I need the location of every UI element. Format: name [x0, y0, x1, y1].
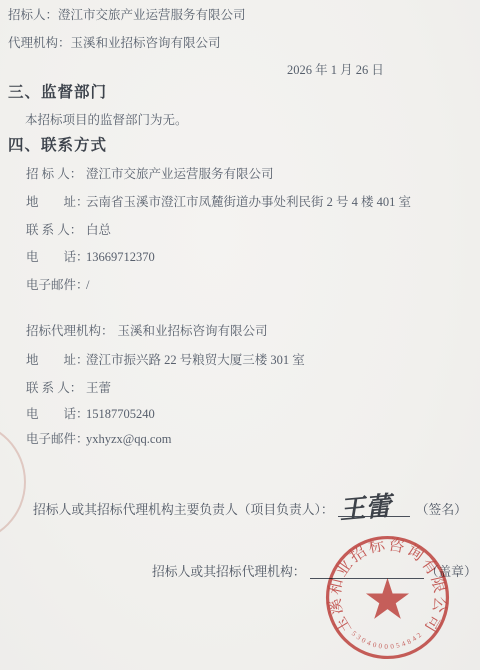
- row-label: 联 系 人：: [26, 223, 86, 237]
- row-value: /: [86, 278, 89, 292]
- svg-text:5304000054842: 5304000054842: [350, 629, 425, 650]
- row-label: 联 系 人：: [26, 381, 86, 395]
- agency-top-line: 代理机构：玉溪和业招标咨询有限公司: [8, 36, 221, 50]
- row-label: 电子邮件：: [26, 432, 86, 446]
- section-title-supervision: 三、监督部门: [8, 84, 107, 101]
- scanned-tender-document-page: 招标人：澄江市交旅产业运营服务有限公司 代理机构：玉溪和业招标咨询有限公司 20…: [0, 0, 480, 670]
- signature-suffix: （签名）: [416, 503, 467, 518]
- row-label: 地 址：: [26, 195, 86, 209]
- tenderer-top-line: 招标人：澄江市交旅产业运营服务有限公司: [8, 8, 246, 22]
- section-title-contact: 四、联系方式: [8, 137, 107, 154]
- ghost-seal-impression-icon: [0, 421, 26, 543]
- agency-row-email: 电子邮件：yxhyzx@qq.com: [26, 432, 171, 446]
- leader-signature-line: 招标人或其招标代理机构主要负责人（项目负责人）：王蕾（签名）: [33, 500, 467, 518]
- row-label: 电 话：: [26, 250, 86, 264]
- row-value: yxhyzx@qq.com: [86, 432, 171, 446]
- agency-row-phone: 电 话：15187705240: [26, 407, 155, 421]
- handwritten-signature: 王蕾: [338, 500, 391, 519]
- row-value: 13669712370: [86, 250, 155, 264]
- document-date: 2026 年 1 月 26 日: [287, 63, 384, 77]
- tenderer-row-email: 电子邮件：/: [26, 278, 89, 292]
- row-value: 15187705240: [86, 407, 155, 421]
- tenderer-row-phone: 电 话：13669712370: [26, 250, 155, 264]
- row-label: 招标代理机构：: [26, 324, 114, 338]
- row-label: 电 话：: [26, 407, 86, 421]
- row-label: 招 标 人：: [26, 167, 86, 181]
- row-value: 澄江市交旅产业运营服务有限公司: [86, 167, 274, 181]
- tenderer-row-contact: 联 系 人：白总: [26, 223, 111, 237]
- row-value: 白总: [86, 223, 111, 237]
- tenderer-row-name: 招 标 人：澄江市交旅产业运营服务有限公司: [26, 167, 274, 181]
- row-value: 王蕾: [86, 381, 111, 395]
- row-value: 澄江市振兴路 22 号粮贸大厦三楼 301 室: [86, 353, 305, 367]
- org-stamp-label: 招标人或其招标代理机构：: [152, 565, 306, 580]
- row-value: 云南省玉溪市澄江市凤麓街道办事处利民街 2 号 4 楼 401 室: [86, 195, 411, 209]
- agency-row-name: 招标代理机构：玉溪和业招标咨询有限公司: [26, 324, 268, 338]
- tenderer-row-address: 地 址：云南省玉溪市澄江市凤麓街道办事处利民街 2 号 4 楼 401 室: [26, 195, 411, 209]
- seal-star-icon: [366, 578, 409, 619]
- agency-row-address: 地 址：澄江市振兴路 22 号粮贸大厦三楼 301 室: [26, 353, 305, 367]
- seal-number-text: 5304000054842: [350, 629, 425, 650]
- supervision-body: 本招标项目的监督部门为无。: [25, 113, 188, 127]
- row-label: 地 址：: [26, 353, 86, 367]
- leader-signature-label: 招标人或其招标代理机构主要负责人（项目负责人）：: [33, 503, 334, 518]
- company-seal-icon: 玉溪和业招标咨询有限公司 5304000054842: [319, 529, 456, 666]
- signature-slot: 王蕾: [338, 500, 410, 517]
- agency-row-contact: 联 系 人：王蕾: [26, 381, 111, 395]
- row-label: 电子邮件：: [26, 278, 86, 292]
- row-value: 玉溪和业招标咨询有限公司: [118, 324, 268, 338]
